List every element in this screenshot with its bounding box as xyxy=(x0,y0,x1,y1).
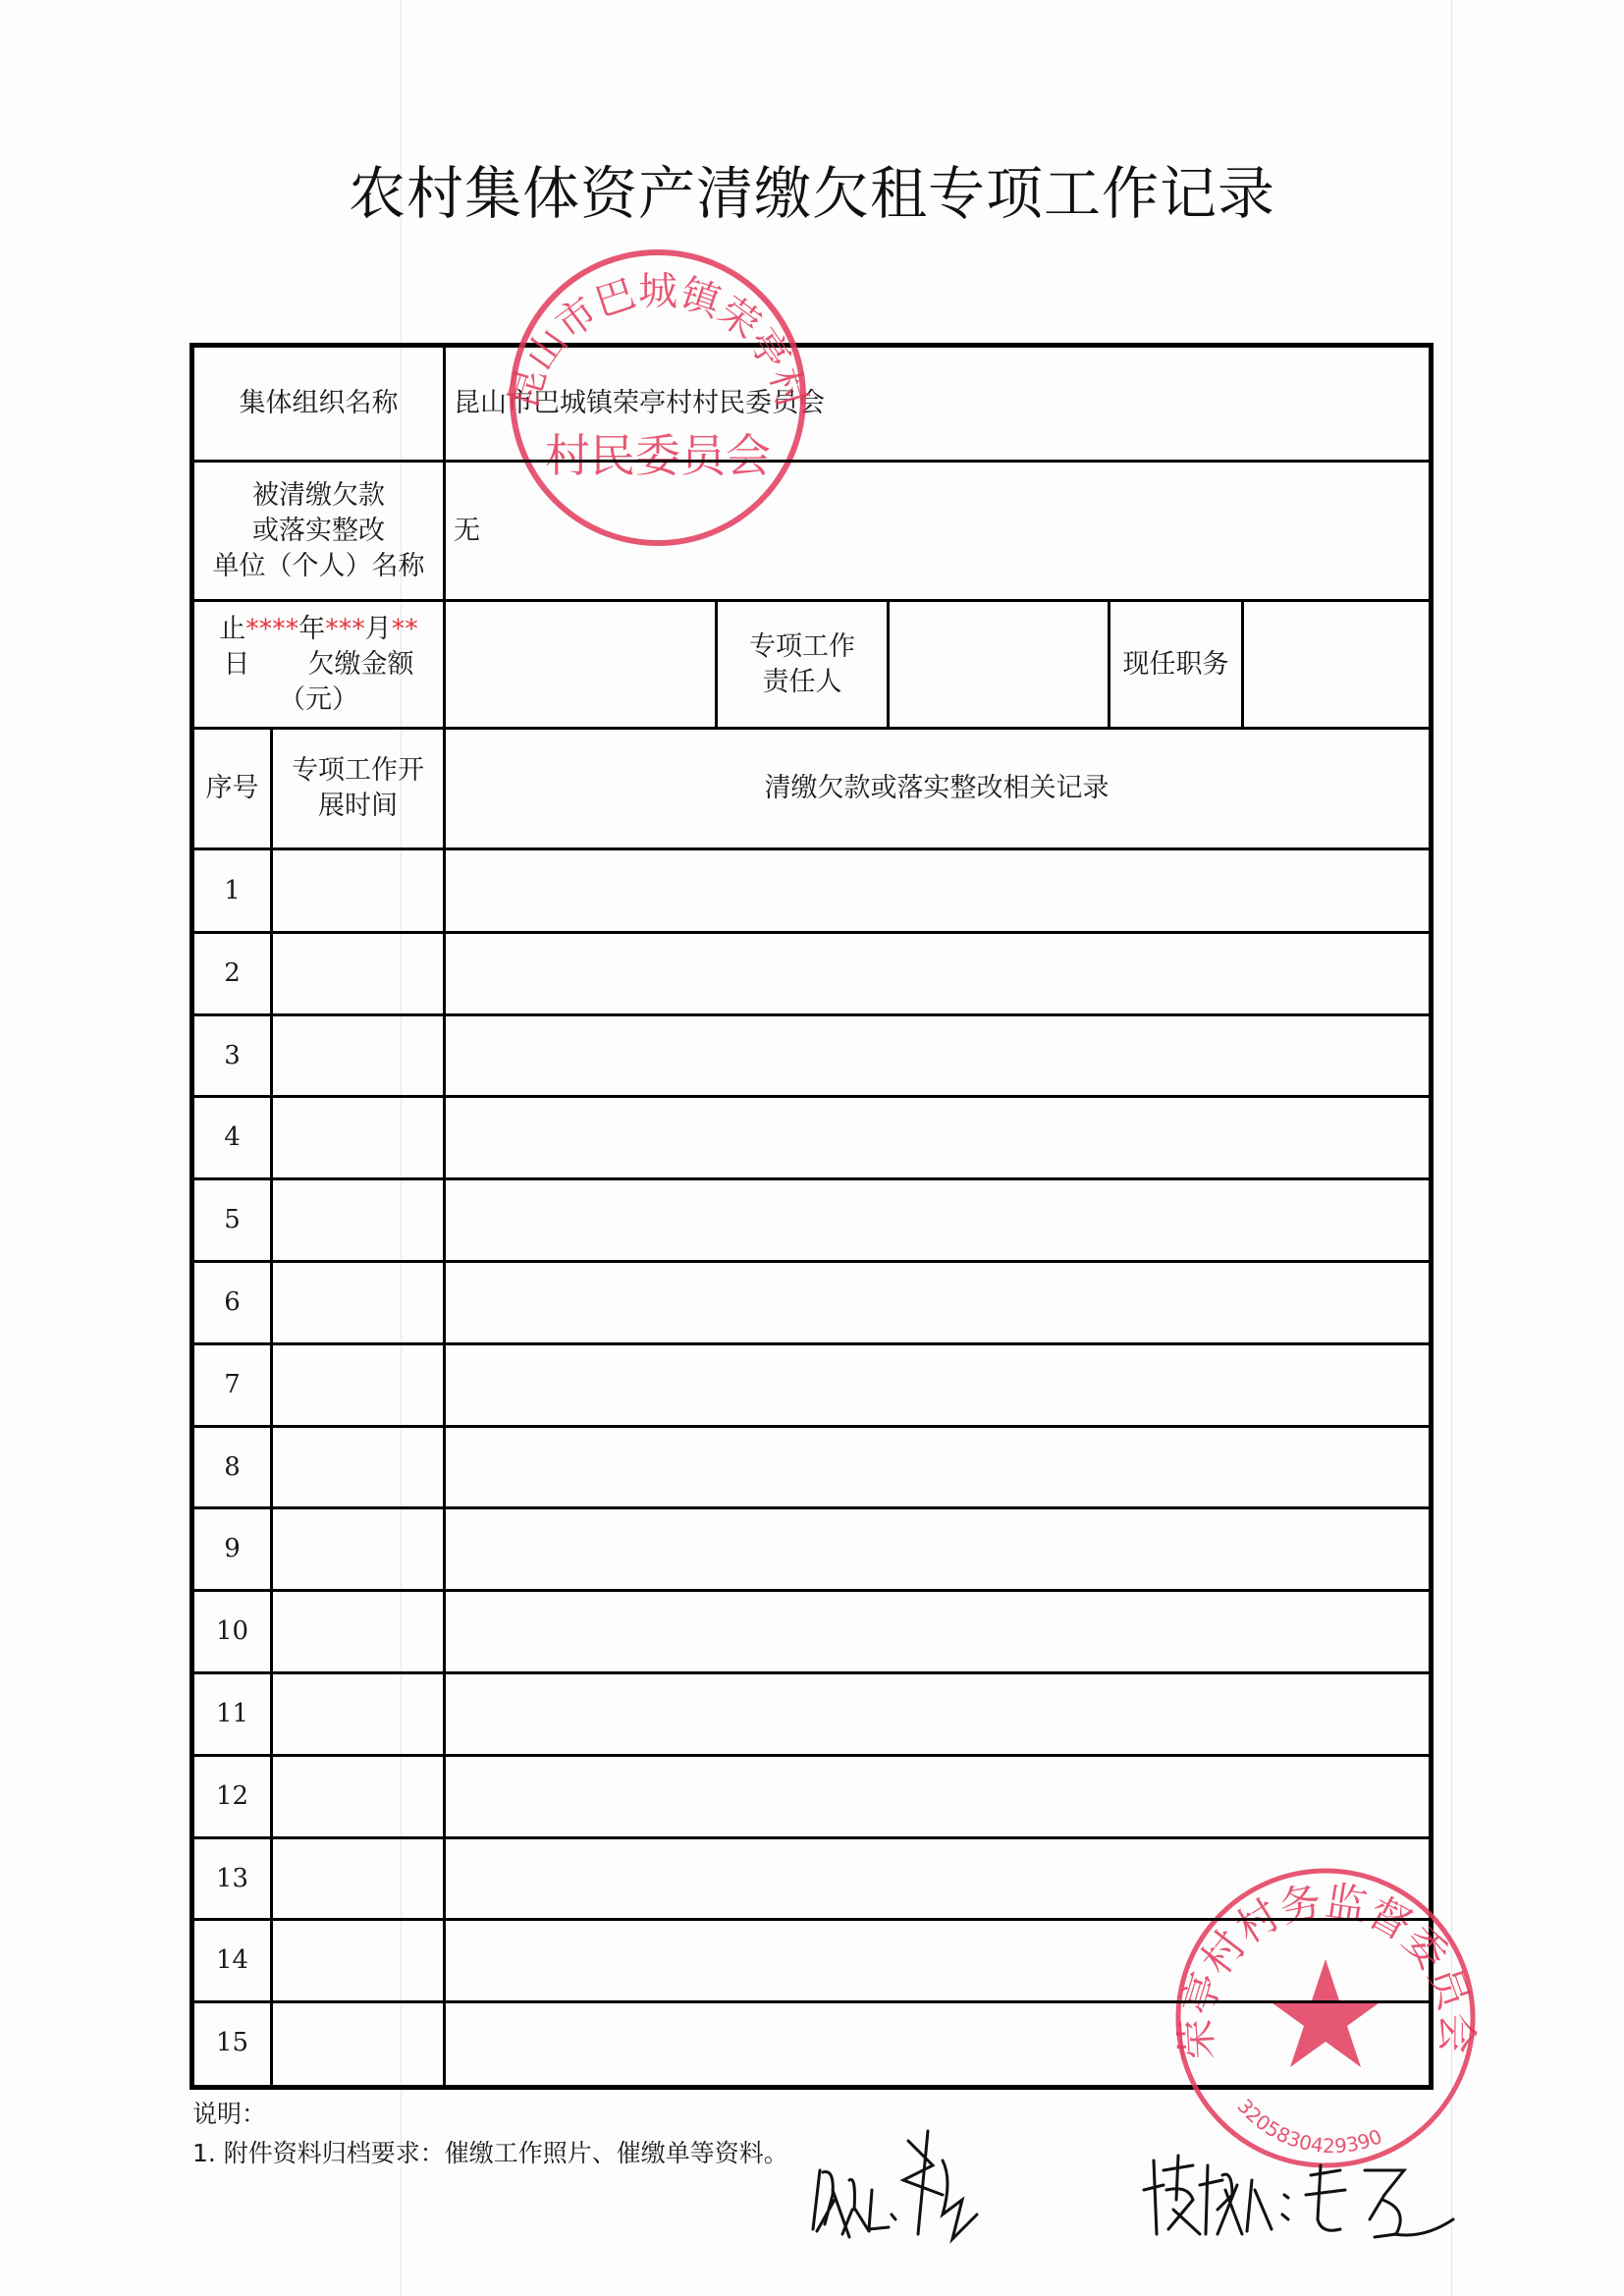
table-rule xyxy=(192,460,1432,463)
position-value[interactable] xyxy=(1244,602,1429,727)
table-rule xyxy=(192,1013,1432,1016)
table-rule xyxy=(192,1754,1432,1757)
record-content-field[interactable] xyxy=(446,1179,1428,1259)
table-rule xyxy=(192,1342,1432,1345)
debtor-label: 被清缴欠款 或落实整改 单位（个人）名称 xyxy=(194,463,443,599)
record-time-field[interactable] xyxy=(273,2002,443,2082)
table-rule xyxy=(192,1589,1432,1592)
time-header-line: 专项工作开 xyxy=(292,753,424,789)
org-name-label: 集体组织名称 xyxy=(194,348,443,460)
record-content-field[interactable] xyxy=(446,1015,1428,1095)
responsible-label-line: 责任人 xyxy=(763,665,842,700)
table-rule xyxy=(887,599,890,729)
arrears-label-unit: （元） xyxy=(279,683,358,718)
scan-artifact-line xyxy=(1451,0,1452,2296)
record-content-field[interactable] xyxy=(446,1920,1428,1999)
record-time-field[interactable] xyxy=(273,1262,443,1341)
record-time-field[interactable] xyxy=(273,1179,443,1259)
record-content-field[interactable] xyxy=(446,1508,1428,1588)
record-content-field[interactable] xyxy=(446,1673,1428,1753)
record-content-field[interactable] xyxy=(446,1591,1428,1670)
responsible-signature: 负责人：（手写签名） xyxy=(795,2121,1070,2249)
record-seq: 13 xyxy=(194,1838,270,1918)
record-content-field[interactable] xyxy=(446,1838,1428,1918)
responsible-label: 专项工作 责任人 xyxy=(718,602,887,727)
table-rule xyxy=(715,599,718,729)
table-rule xyxy=(192,1671,1432,1674)
record-seq: 14 xyxy=(194,1920,270,1999)
record-seq: 4 xyxy=(194,1097,270,1176)
responsible-label-line: 专项工作 xyxy=(749,629,855,665)
debtor-label-line: 单位（个人）名称 xyxy=(213,549,425,584)
record-seq: 2 xyxy=(194,933,270,1012)
record-seq: 6 xyxy=(194,1262,270,1341)
arrears-label-amount: 日欠缴金额 xyxy=(194,647,443,683)
table-rule xyxy=(192,599,1432,602)
time-header-line: 展时间 xyxy=(318,789,398,824)
record-content-field[interactable] xyxy=(446,1097,1428,1176)
table-rule xyxy=(192,1506,1432,1509)
table-rule xyxy=(1241,599,1244,729)
record-seq: 15 xyxy=(194,2002,270,2082)
record-time-field[interactable] xyxy=(273,1591,443,1670)
record-seq: 9 xyxy=(194,1508,270,1588)
record-seq: 12 xyxy=(194,1756,270,1835)
time-header: 专项工作开 展时间 xyxy=(273,730,443,847)
arrears-label-date: 止****年***月** xyxy=(219,612,418,647)
record-content-field[interactable] xyxy=(446,1427,1428,1506)
record-seq: 11 xyxy=(194,1673,270,1753)
record-content-field[interactable] xyxy=(446,1344,1428,1424)
table-rule xyxy=(192,1425,1432,1428)
record-seq: 10 xyxy=(194,1591,270,1670)
record-seq: 3 xyxy=(194,1015,270,1095)
notes-item: 1. 附件资料归档要求：催缴工作照片、催缴单等资料。 xyxy=(192,2134,788,2173)
record-content-field[interactable] xyxy=(446,1756,1428,1835)
record-time-field[interactable] xyxy=(273,1097,443,1176)
debtor-label-line: 被清缴欠款 xyxy=(252,478,385,514)
table-rule xyxy=(443,345,446,2088)
notes: 说明： 1. 附件资料归档要求：催缴工作照片、催缴单等资料。 xyxy=(192,2095,788,2173)
record-time-field[interactable] xyxy=(273,1427,443,1506)
table-rule xyxy=(192,727,1432,730)
record-time-field[interactable] xyxy=(273,933,443,1012)
record-time-field[interactable] xyxy=(273,1344,443,1424)
table-rule xyxy=(192,2000,1432,2003)
record-time-field[interactable] xyxy=(273,1920,443,1999)
responsible-value[interactable] xyxy=(890,602,1108,727)
debtor-label-line: 或落实整改 xyxy=(252,514,385,549)
org-name-value[interactable]: 昆山市巴城镇荣亭村村民委员会 xyxy=(446,348,1435,460)
record-seq: 5 xyxy=(194,1179,270,1259)
table-rule xyxy=(192,1177,1432,1180)
table-rule xyxy=(192,847,1432,850)
table-rule xyxy=(192,931,1432,934)
table-rule xyxy=(192,1836,1432,1839)
seq-header: 序号 xyxy=(194,730,270,847)
svg-text:3205830429390: 3205830429390 xyxy=(1232,2095,1385,2159)
record-time-field[interactable] xyxy=(273,1756,443,1835)
filler-signature: 填报人：（手写签名） xyxy=(1139,2141,1463,2249)
record-header: 清缴欠款或落实整改相关记录 xyxy=(446,730,1428,847)
record-time-field[interactable] xyxy=(273,1673,443,1753)
record-seq: 8 xyxy=(194,1427,270,1506)
record-time-field[interactable] xyxy=(273,1508,443,1588)
document-title: 农村集体资产清缴欠租专项工作记录 xyxy=(0,147,1624,230)
record-content-field[interactable] xyxy=(446,850,1428,930)
table-rule xyxy=(192,1260,1432,1263)
notes-heading: 说明： xyxy=(192,2095,788,2134)
record-seq: 7 xyxy=(194,1344,270,1424)
record-content-field[interactable] xyxy=(446,933,1428,1012)
record-time-field[interactable] xyxy=(273,1838,443,1918)
record-seq: 1 xyxy=(194,850,270,930)
table-rule xyxy=(192,1095,1432,1098)
arrears-label: 止****年***月** 日欠缴金额 （元） xyxy=(194,602,443,727)
record-time-field[interactable] xyxy=(273,850,443,930)
record-time-field[interactable] xyxy=(273,1015,443,1095)
arrears-value[interactable] xyxy=(446,602,715,727)
record-content-field[interactable] xyxy=(446,1262,1428,1341)
table-rule xyxy=(192,1918,1432,1921)
position-label: 现任职务 xyxy=(1110,602,1241,727)
debtor-value[interactable]: 无 xyxy=(446,463,1435,599)
record-content-field[interactable] xyxy=(446,2002,1428,2082)
table-rule xyxy=(1108,599,1110,729)
